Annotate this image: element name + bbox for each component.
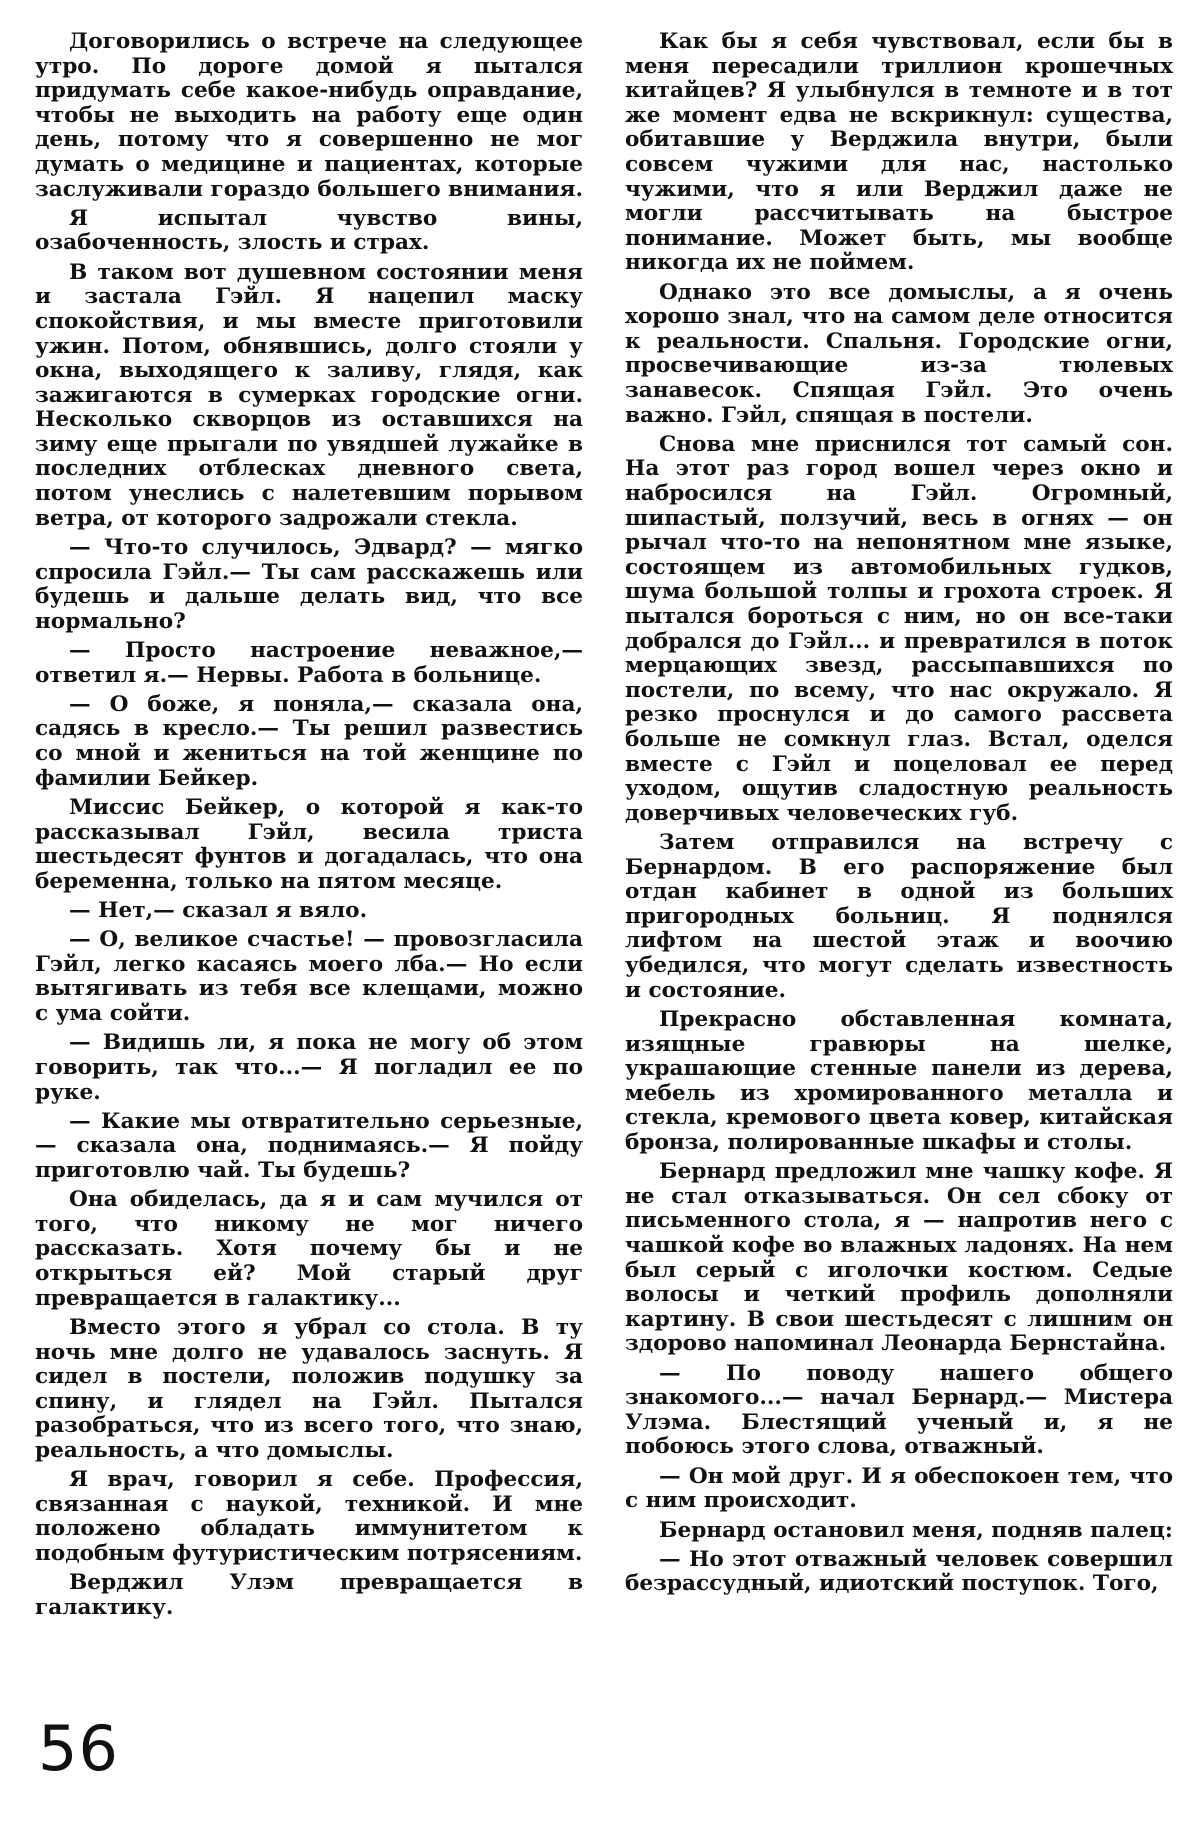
paragraph: — Что-то случилось, Эдвард? — мягко спро… (35, 536, 583, 634)
paragraph: Затем отправился на встречу с Бернардом.… (625, 831, 1173, 1003)
paragraph: Вместо этого я убрал со стола. В ту ночь… (35, 1316, 583, 1464)
paragraph: — По поводу нашего общего знакомого...— … (625, 1362, 1173, 1460)
text-column-right: Как бы я себя чувствовал, если бы в меня… (625, 30, 1173, 1602)
text-column-left: Договорились о встрече на следующее утро… (35, 30, 583, 1625)
paragraph: Я врач, говорил я себе. Профессия, связа… (35, 1468, 583, 1566)
paragraph: — Он мой друг. И я обеспокоен тем, что с… (625, 1465, 1173, 1514)
paragraph: Как бы я себя чувствовал, если бы в меня… (625, 30, 1173, 276)
paragraph: — Видишь ли, я пока не могу об этом гово… (35, 1031, 583, 1105)
paragraph: Я испытал чувство вины, озабоченность, з… (35, 207, 583, 256)
paragraph: Однако это все домыслы, а я очень хорошо… (625, 281, 1173, 429)
paragraph: Договорились о встрече на следующее утро… (35, 30, 583, 202)
paragraph: Она обиделась, да я и сам мучился от тог… (35, 1188, 583, 1311)
page-number: 56 (38, 1718, 119, 1780)
paragraph: — О боже, я поняла,— сказала она, садясь… (35, 693, 583, 791)
paragraph: — Какие мы отвратительно серьезные,— ска… (35, 1110, 583, 1184)
paragraph: Снова мне приснился тот самый сон. На эт… (625, 433, 1173, 827)
paragraph: В таком вот душевном состоянии меня и за… (35, 261, 583, 532)
paragraph: Прекрасно обставленная комната, изящные … (625, 1008, 1173, 1156)
paragraph: — Нет,— сказал я вяло. (35, 899, 583, 924)
paragraph: Верджил Улэм превращается в галактику. (35, 1571, 583, 1620)
paragraph: Бернард остановил меня, подняв палец: (625, 1519, 1173, 1544)
paragraph: Миссис Бейкер, о которой я как-то расска… (35, 796, 583, 894)
paragraph: — О, великое счастье! — провозгласила Гэ… (35, 928, 583, 1026)
paragraph: — Но этот отважный человек совершил безр… (625, 1548, 1173, 1597)
paragraph: — Просто настроение неважное,— ответил я… (35, 639, 583, 688)
paragraph: Бернард предложил мне чашку кофе. Я не с… (625, 1160, 1173, 1357)
